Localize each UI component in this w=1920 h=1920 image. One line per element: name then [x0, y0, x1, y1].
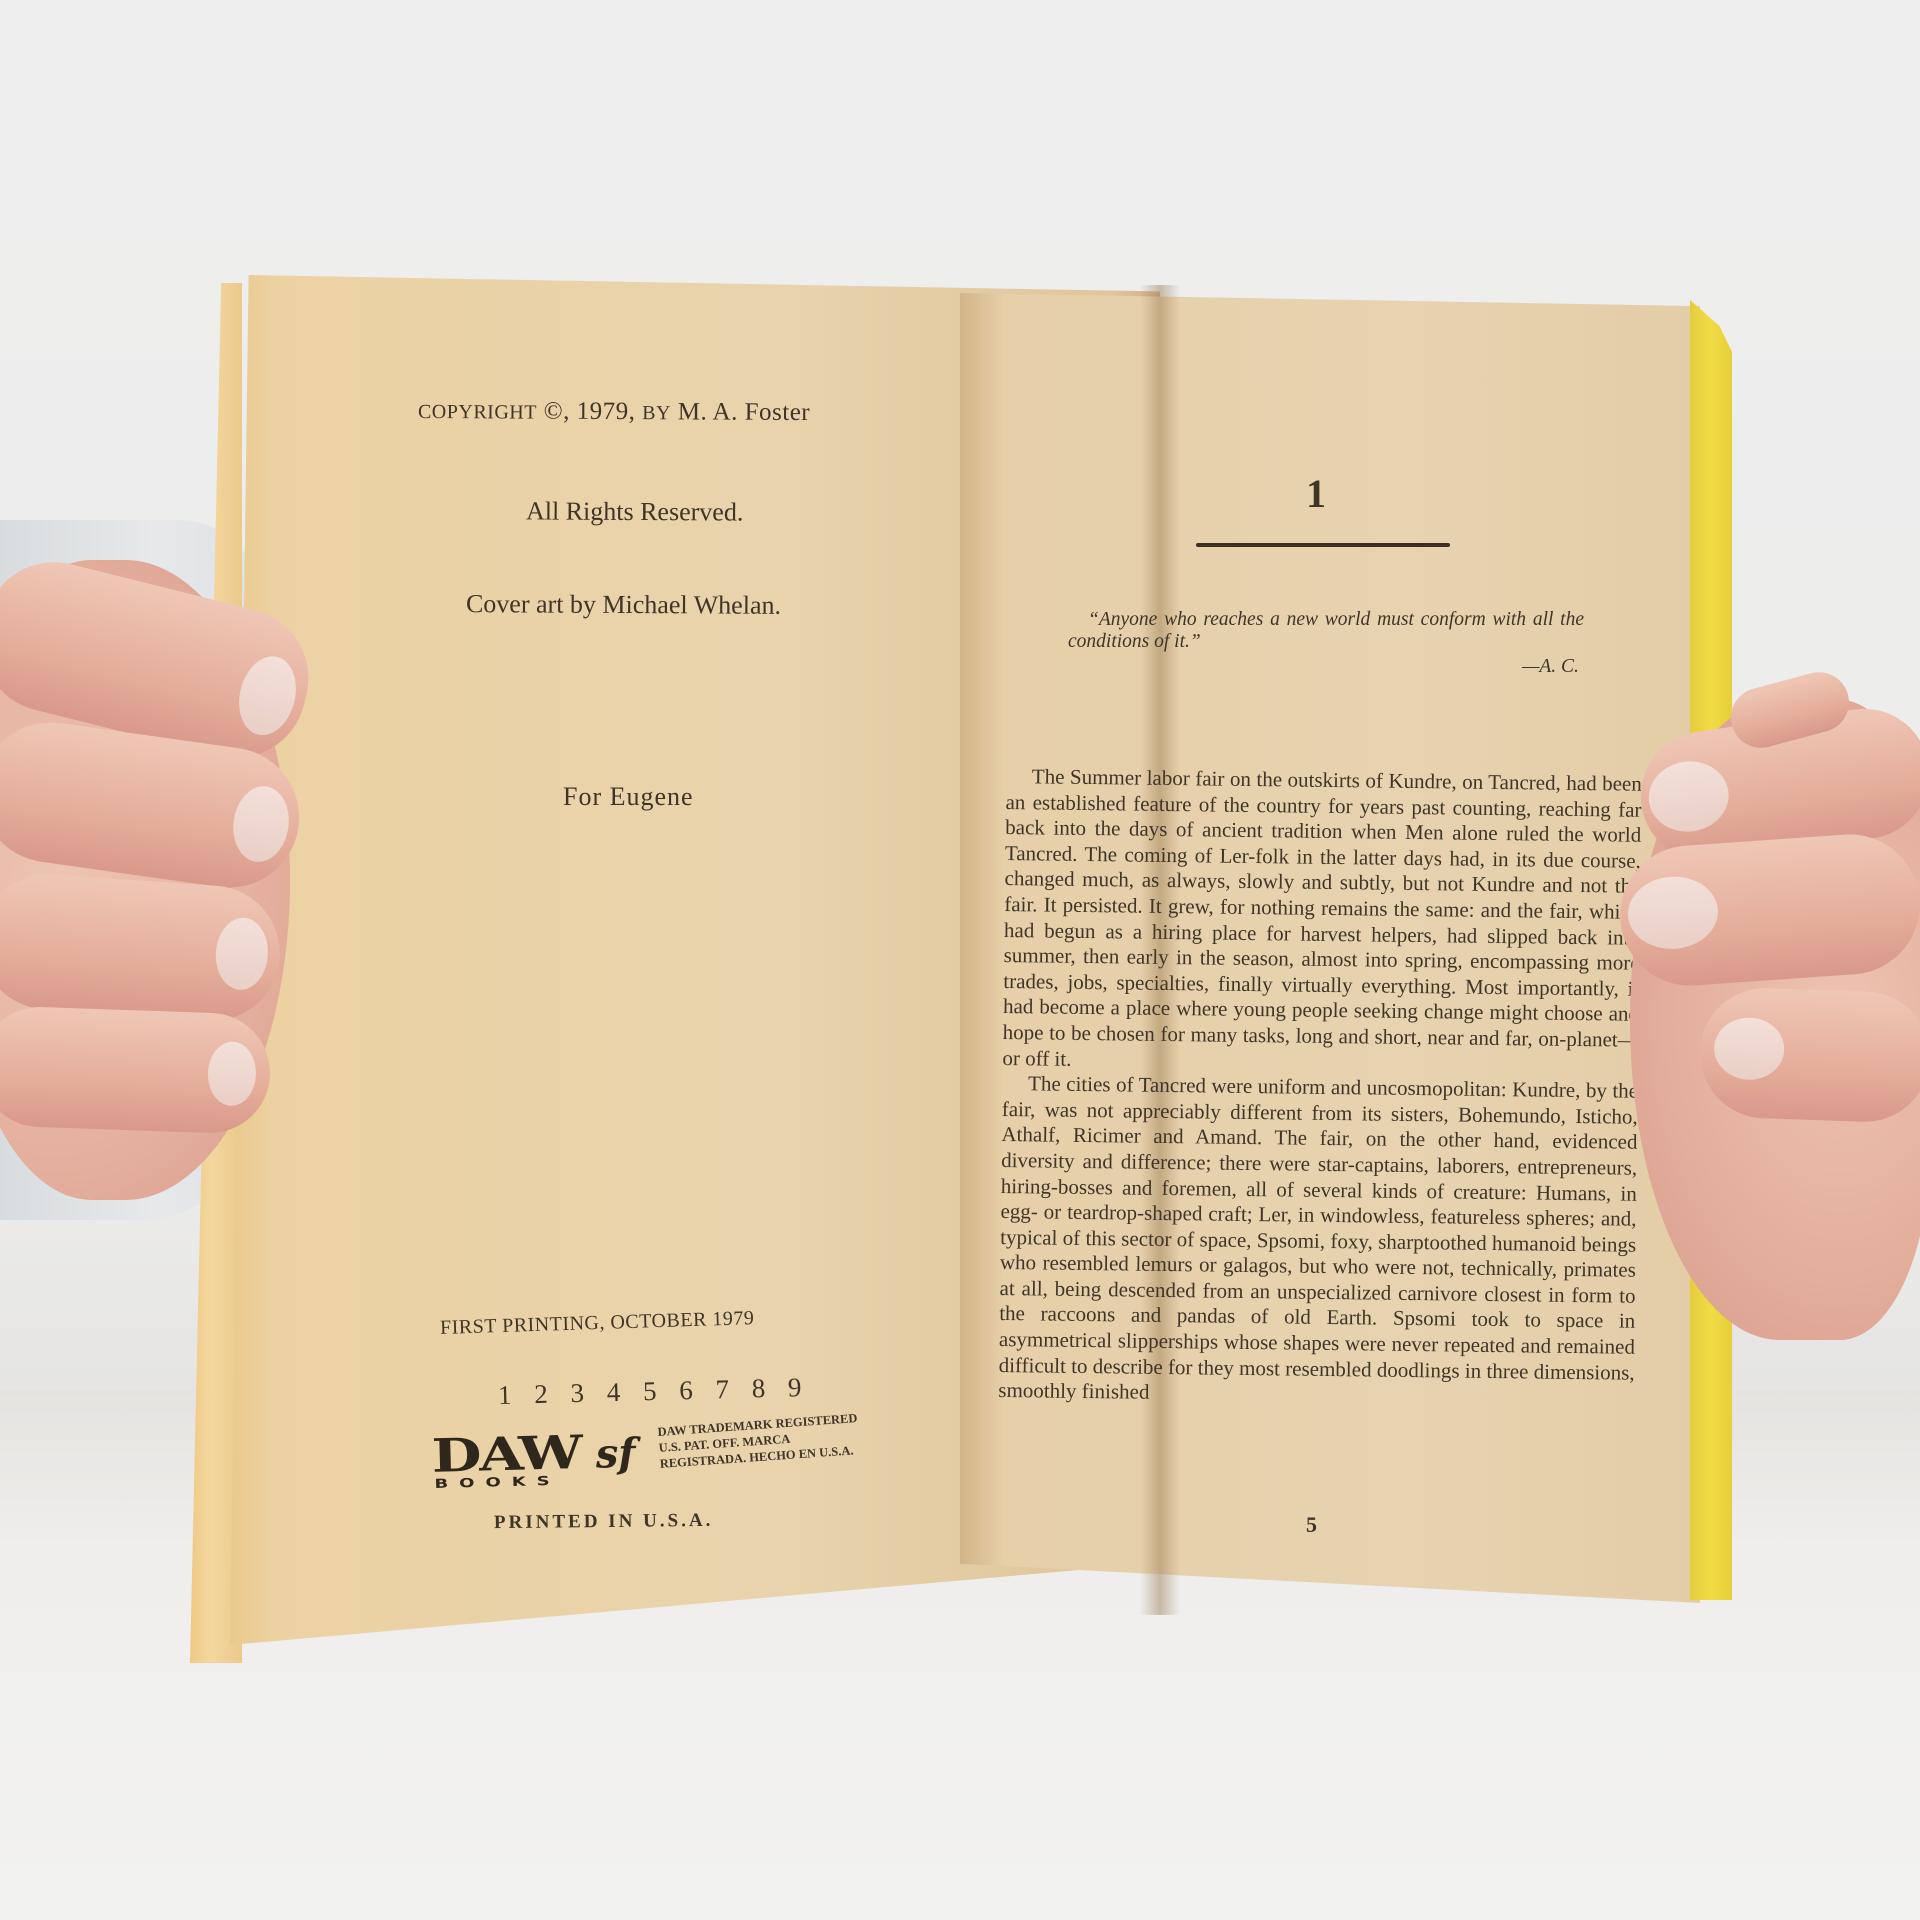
paragraph: The Summer labor fair on the outskirts o…: [1002, 764, 1642, 1079]
epigraph: “Anyone who reaches a new world must con…: [1068, 609, 1584, 653]
daw-logo-word: DAW: [431, 1429, 581, 1479]
copyright-author: M. A. Foster: [678, 398, 811, 426]
copyright-label: Copyright: [418, 401, 537, 424]
right-finger: [1698, 986, 1920, 1124]
daw-books-logo: DAW BOOKS sf: [431, 1427, 653, 1503]
chapter-body: The Summer labor fair on the outskirts o…: [998, 764, 1642, 1412]
fingernail: [231, 650, 304, 741]
printed-in-usa: PRINTED IN U.S.A.: [494, 1510, 714, 1534]
epigraph-attribution: —A. C.: [1522, 656, 1579, 678]
fingernail: [1713, 1016, 1785, 1080]
rights-reserved: All Rights Reserved.: [526, 496, 744, 527]
copyright-line: Copyright ©, 1979, by M. A. Foster: [418, 397, 810, 427]
copyright-year: , 1979,: [563, 398, 635, 425]
page-number: 5: [1306, 1512, 1317, 1538]
photo-scene: Copyright ©, 1979, by M. A. Foster All R…: [0, 0, 1920, 1920]
fingernail: [207, 1041, 257, 1107]
copyright-symbol: ©: [544, 398, 564, 425]
chapter-rule-divider: [1196, 543, 1450, 547]
copyright-by: by: [642, 402, 671, 424]
fingernail: [1644, 756, 1733, 836]
chapter-number: 1: [1306, 470, 1326, 517]
fingernail: [229, 783, 294, 866]
dedication: For Eugene: [563, 782, 694, 812]
daw-logo-books: BOOKS: [434, 1474, 561, 1492]
fingernail: [213, 916, 270, 991]
left-finger: [0, 1005, 272, 1135]
cover-art-credit: Cover art by Michael Whelan.: [466, 589, 781, 621]
fingernail: [1626, 874, 1721, 952]
right-finger: [1615, 830, 1920, 991]
sf-logo-icon: sf: [595, 1430, 636, 1478]
paragraph: The cities of Tancred were uniform and u…: [998, 1071, 1638, 1411]
left-finger: [0, 870, 284, 1026]
